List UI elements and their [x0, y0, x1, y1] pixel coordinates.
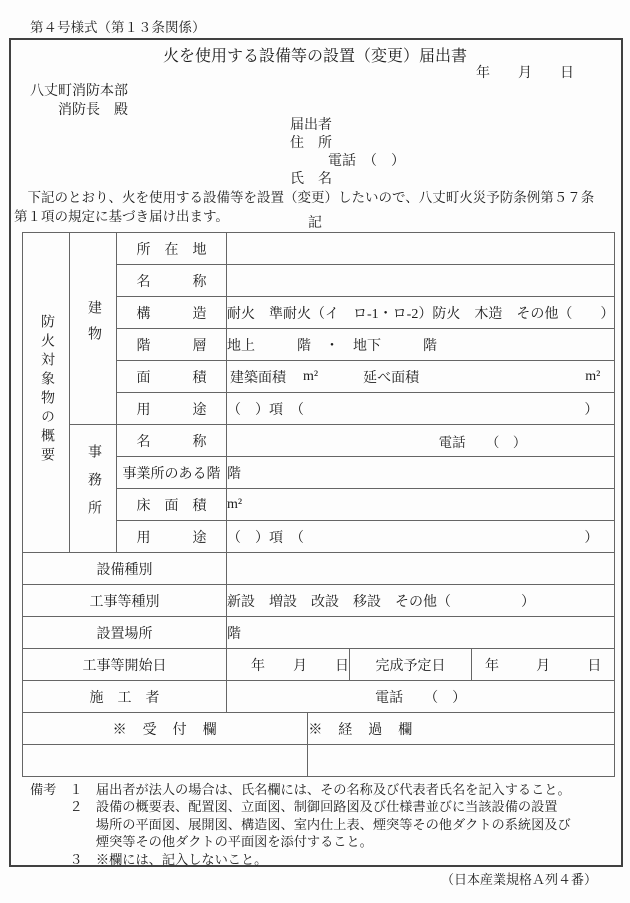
- note-line-4: 煙突等その他ダクトの平面図を添付すること。: [30, 833, 571, 850]
- field-floor-area-value: m²: [227, 489, 615, 521]
- table-row: 設置場所 階: [23, 617, 615, 649]
- table-row: [23, 745, 615, 777]
- field-office-floor-value: 階: [227, 457, 615, 489]
- note-line-2: ２ 設備の概要表、配置図、立面図、制御回路図及び仕様書並びに当該設備の設置: [30, 798, 571, 815]
- table-row: 防火対象物の概要 建物 所 在 地: [23, 233, 615, 265]
- overview-header-cell: 防火対象物の概要: [23, 233, 70, 553]
- field-equipment-type-value: [227, 553, 615, 585]
- field-completion-date-value: 年 月 日: [471, 649, 614, 681]
- building-area-label: 建築面積: [230, 367, 286, 387]
- field-usage-value: （ ）項 （ ）: [227, 393, 615, 425]
- building-header-cell: 建物: [70, 233, 117, 425]
- total-area-label: 延べ面積: [363, 367, 419, 387]
- form-number-label: 第４号様式（第１３条関係）: [30, 16, 206, 36]
- field-start-date-value: 年 月 日: [227, 649, 350, 681]
- day-label: 日: [587, 655, 601, 675]
- table-row: 事務所 名 称 電話 （ ）: [23, 425, 615, 457]
- field-office-name-value: 電話 （ ）: [227, 425, 615, 457]
- notation-mark: 記: [9, 217, 621, 231]
- month-label: 月: [536, 655, 550, 675]
- usage-category-prefix: （ ）項 （: [227, 403, 304, 418]
- note-line-5: ３ ※欄には、記入しないこと。: [30, 851, 571, 868]
- table-row: ※ 受 付 欄 ※ 経 過 欄: [23, 713, 615, 745]
- fire-chief-addressee: 消防長 殿: [58, 99, 128, 119]
- office-vertical-label: 事務所: [83, 444, 103, 528]
- document-page: 第４号様式（第１３条関係） 火を使用する設備等の設置（変更）届出書 年 月 日 …: [0, 0, 630, 903]
- row-label-floors: 階 層: [117, 329, 227, 361]
- table-row: 設備種別: [23, 553, 615, 585]
- applicant-label: 届出者: [290, 114, 332, 134]
- table-row: 工事等開始日 年 月 日 完成予定日 年 月 日: [23, 649, 615, 681]
- row-label-contractor: 施 工 者: [23, 681, 227, 713]
- note-line-3: 場所の平面図、展開図、構造図、室内仕上表、煙突等その他ダクトの系統図及び: [30, 816, 571, 833]
- submission-date-line: 年 月 日: [476, 62, 574, 82]
- address-label: 住 所: [290, 132, 332, 152]
- field-structure-options: 耐火 準耐火（イ ロ-1・ロ-2）防火 木造 その他（ ）: [227, 297, 615, 329]
- body-line-1: 下記のとおり、火を使用する設備等を設置（変更）したいので、八丈町火災予防条例第５…: [14, 189, 620, 208]
- fire-department-name: 八丈町消防本部: [30, 80, 128, 100]
- office-phone-label: 電話 （ ）: [439, 431, 527, 451]
- field-work-type-options: 新設 増設 改設 移設 その他（ ）: [227, 585, 615, 617]
- row-label-office-floor: 事業所のある階: [117, 457, 227, 489]
- building-vertical-label: 建物: [83, 300, 103, 352]
- field-office-usage-value: （ ）項 （ ）: [227, 521, 615, 553]
- field-area-value: 建築面積 m² 延べ面積 m²: [227, 361, 615, 393]
- usage-close-paren: ）: [584, 399, 598, 419]
- row-label-equipment-type: 設備種別: [23, 553, 227, 585]
- field-floors-value: 地上 階 ・ 地下 階: [227, 329, 615, 361]
- row-label-floor-area: 床 面 積: [117, 489, 227, 521]
- overview-table: 防火対象物の概要 建物 所 在 地 名 称 構 造 耐火 準耐火（イ ロ-1・ロ…: [22, 232, 615, 777]
- row-label-usage: 用 途: [117, 393, 227, 425]
- table-row: 施 工 者 電話 （ ）: [23, 681, 615, 713]
- name-label: 氏 名: [290, 168, 332, 188]
- row-label-office-usage: 用 途: [117, 521, 227, 553]
- reception-column-header: ※ 受 付 欄: [23, 713, 308, 745]
- note-line-1: 備考 １ 届出者が法人の場合は、氏名欄には、その名称及び代表者氏名を記入すること…: [30, 781, 571, 798]
- row-label-install-place: 設置場所: [23, 617, 227, 649]
- row-label-office-name: 名 称: [117, 425, 227, 457]
- row-label-location: 所 在 地: [117, 233, 227, 265]
- square-meter-unit: m²: [585, 369, 600, 385]
- usage-category-prefix: （ ）項 （: [227, 531, 304, 546]
- row-label-start-date: 工事等開始日: [23, 649, 227, 681]
- row-label-name: 名 称: [117, 265, 227, 297]
- office-header-cell: 事務所: [70, 425, 117, 553]
- paper-size-note: （日本産業規格Ａ列４番）: [441, 869, 597, 888]
- row-label-area: 面 積: [117, 361, 227, 393]
- square-meter-unit: m²: [303, 369, 318, 385]
- notes-block: 備考 １ 届出者が法人の場合は、氏名欄には、その名称及び代表者氏名を記入すること…: [30, 781, 571, 868]
- applicant-phone-label: 電話 （ ）: [328, 150, 405, 170]
- field-location-value: [227, 233, 615, 265]
- reception-blank-cell: [23, 745, 308, 777]
- row-label-structure: 構 造: [117, 297, 227, 329]
- usage-close-paren: ）: [584, 527, 598, 547]
- field-contractor-phone: 電話 （ ）: [227, 681, 615, 713]
- progress-blank-cell: [308, 745, 615, 777]
- progress-column-header: ※ 経 過 欄: [308, 713, 615, 745]
- year-label: 年: [485, 655, 499, 675]
- field-install-place-value: 階: [227, 617, 615, 649]
- row-label-completion-date: 完成予定日: [349, 649, 471, 681]
- field-name-value: [227, 265, 615, 297]
- overview-vertical-label: 防火対象物の概要: [36, 314, 56, 466]
- table-row: 工事等種別 新設 増設 改設 移設 その他（ ）: [23, 585, 615, 617]
- row-label-work-type: 工事等種別: [23, 585, 227, 617]
